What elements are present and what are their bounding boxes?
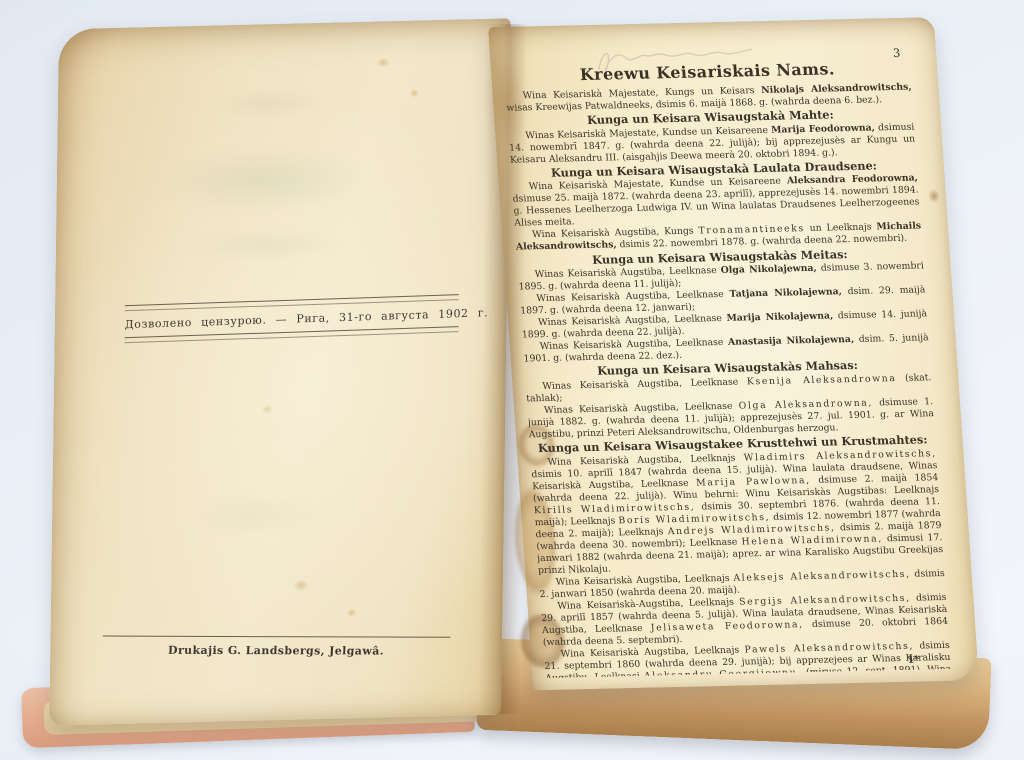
foxing-spot — [347, 608, 357, 617]
right-page-text: Kreewu Keisariskais Nams. Wina Keisarisk… — [504, 58, 952, 678]
printer-line-text: Drukajis G. Landsbergs, Jelgawâ. — [168, 644, 384, 658]
show-through-text-blur — [176, 230, 356, 260]
show-through-text-blur — [208, 89, 328, 118]
body-paragraph: Wina Keisariskà Augstiba, Leelknajs Wlad… — [530, 448, 944, 578]
printers-signature-mark: 1* — [907, 655, 920, 666]
foxing-spot — [928, 189, 941, 203]
right-page: 3 Kreewu Keisariskais Nams. Wina Keisari… — [488, 17, 979, 690]
show-through-text-blur — [144, 139, 381, 219]
body-text-blocks: Wina Keisariskà Majestate, Kungs un Keis… — [505, 82, 951, 678]
censor-imprint: Дозволено цензурою. — Рига, 31-го август… — [125, 294, 459, 343]
foxing-spot — [410, 89, 419, 98]
left-page: Дозволено цензурою. — Рига, 31-го август… — [49, 18, 511, 725]
printer-rule — [103, 636, 451, 639]
photo-background: Дозволено цензурою. — Рига, 31-го август… — [0, 0, 1024, 760]
foxing-spot — [261, 404, 273, 414]
show-through-text-blur — [182, 493, 333, 537]
foxing-spot — [293, 579, 309, 591]
foxing-spot — [376, 57, 390, 67]
printer-imprint: Drukajis G. Landsbergs, Jelgawâ. — [102, 636, 451, 659]
